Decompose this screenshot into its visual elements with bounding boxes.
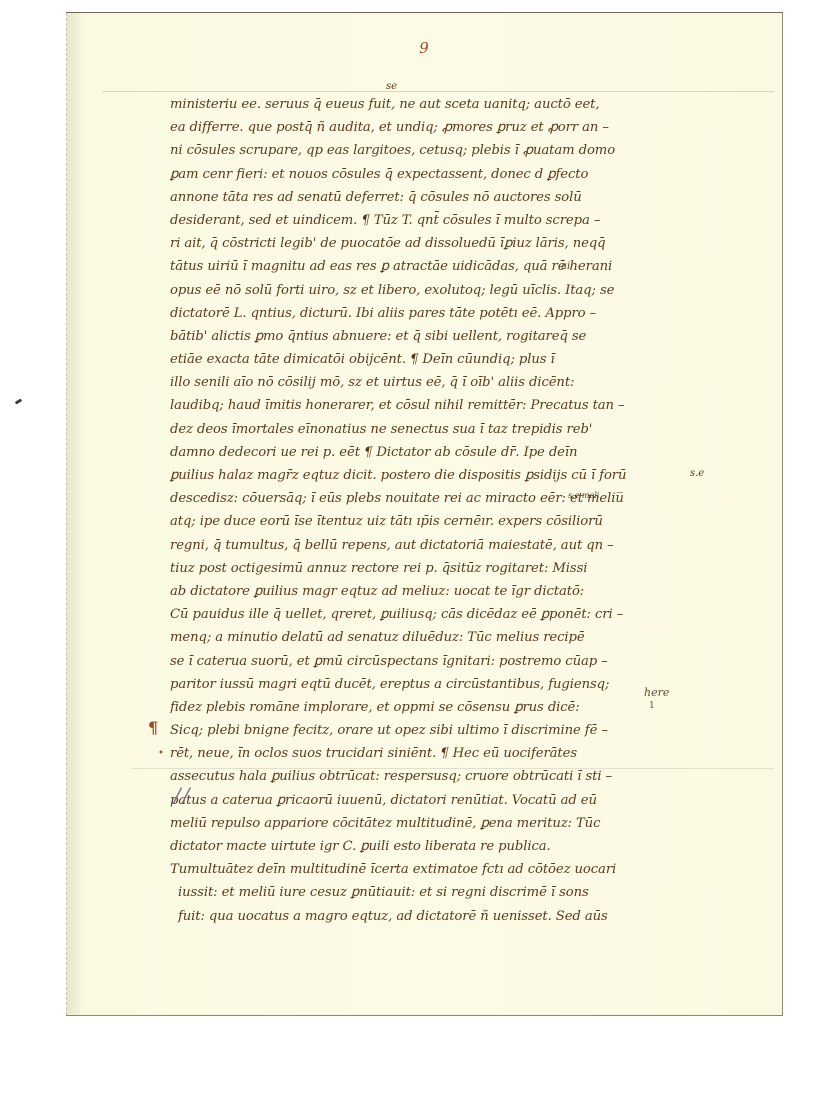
page-gutter-fold <box>66 13 81 1015</box>
text-line: dez deos ı̄mortales eīnonatius ne senect… <box>170 418 686 441</box>
text-line: rēt, neue, ı̄n oclos suos trucidari sini… <box>170 742 686 765</box>
text-line: descedisz: cōuersāq; ı̄ eūs plebs nouita… <box>170 487 686 510</box>
text-line: assecutus hala ꝑuilius obtrūcat: respers… <box>170 765 686 788</box>
text-line: regni, q̄ tumultus, q̄ bellū repens, aut… <box>170 534 686 557</box>
text-line: fidez plebis romāne implorare, et oppmi … <box>170 696 686 719</box>
text-line: ꝑuilius halaz magr̄z eqtuz dicit. poster… <box>170 464 686 487</box>
text-line: ministeriu ee. seruus q̄ eueus fuit, ne … <box>170 93 686 116</box>
text-line: annone tāta res ad senatū deferret: q̄ c… <box>170 186 686 209</box>
text-line: bātib' alictis ꝑmo q̄ntius abnuere: et q… <box>170 325 686 348</box>
text-line: tiuz post octigesimū annuz rectore rei p… <box>170 557 686 580</box>
text-line: paritor iussū magri eqtū ducēt, ereptus … <box>170 673 686 696</box>
text-line: ꝑam cenr fieri: et nouos cōsules q̄ expe… <box>170 163 686 186</box>
text-line: ab dictatore ꝑuilius magr eqtuz ad meliu… <box>170 580 686 603</box>
margin-note: here <box>644 686 669 699</box>
text-line: Sicq; plebi bnigne fecitz, orare ut opez… <box>170 719 686 742</box>
text-line: iussit: et meliū iure cesuz ꝑnūtiauit: e… <box>170 881 686 904</box>
paragraph-mark: ¶ <box>148 718 158 737</box>
interlinear-gloss: se <box>386 81 397 92</box>
text-line: menq; a minutio delatū ad senatuz diluēd… <box>170 626 686 649</box>
text-line: atq; ipe duce eorū ı̄se ı̄tentuz uiz tāt… <box>170 510 686 533</box>
ruling-line-top <box>102 91 774 92</box>
text-line: desiderant, sed et uindicem. ¶ Tūz T. qn… <box>170 209 686 232</box>
text-line: ni cōsules scrupare, qp eas largitoes, c… <box>170 139 686 162</box>
text-line: Tumultuātez deīn multitudinē ı̄certa ext… <box>170 858 686 881</box>
manuscript-text-block: ministeriu ee. seruus q̄ eueus fuit, ne … <box>170 93 686 928</box>
ink-speck <box>15 398 23 404</box>
text-line: Cū pauidus ille q̄ uellet, qreret, ꝑuili… <box>170 603 686 626</box>
margin-note-mark: 1 <box>649 701 655 711</box>
text-line: tātus uiriū ı̄ magnitu ad eas res ꝑ atra… <box>170 255 686 278</box>
text-line: ri ait, q̄ cōstricti legib' de puocatōe … <box>170 232 686 255</box>
text-line: etiāe exacta tāte dimicatōi obijcēnt. ¶ … <box>170 348 686 371</box>
text-line: illo senili aīo nō cōsilij mō, sz et uir… <box>170 371 686 394</box>
text-line: dictatorē L. qntius, dicturū. Ibi aliis … <box>170 302 686 325</box>
manuscript-page: 9 se ai s.e s.e meli ministeriu ee. seru… <box>66 12 783 1016</box>
text-line: patus a caterua ꝑricaorū iuuenū, dictato… <box>170 789 686 812</box>
text-line: fuit: qua uocatus a magro eqtuz, ad dict… <box>170 905 686 928</box>
catchword-mark: // <box>174 783 191 807</box>
text-line: ea differre. que postq̄ ñ audita, et und… <box>170 116 686 139</box>
text-line: damno dedecori ue rei p. eēt ¶ Dictator … <box>170 441 686 464</box>
interlinear-gloss: s.e <box>690 468 704 479</box>
text-line: opus eē nō solū forti uiro, sz et libero… <box>170 279 686 302</box>
text-line: meliū repulso appariore cōcitātez multit… <box>170 812 686 835</box>
text-line: se ı̄ caterua suorū, et ꝑmū circūspectan… <box>170 650 686 673</box>
text-line: laudibq; haud ı̄mitis honerarer, et cōsu… <box>170 394 686 417</box>
margin-dot: • <box>158 748 164 759</box>
folio-number: 9 <box>66 39 782 57</box>
text-line: dictator macte uirtute igr C. ꝑuili esto… <box>170 835 686 858</box>
